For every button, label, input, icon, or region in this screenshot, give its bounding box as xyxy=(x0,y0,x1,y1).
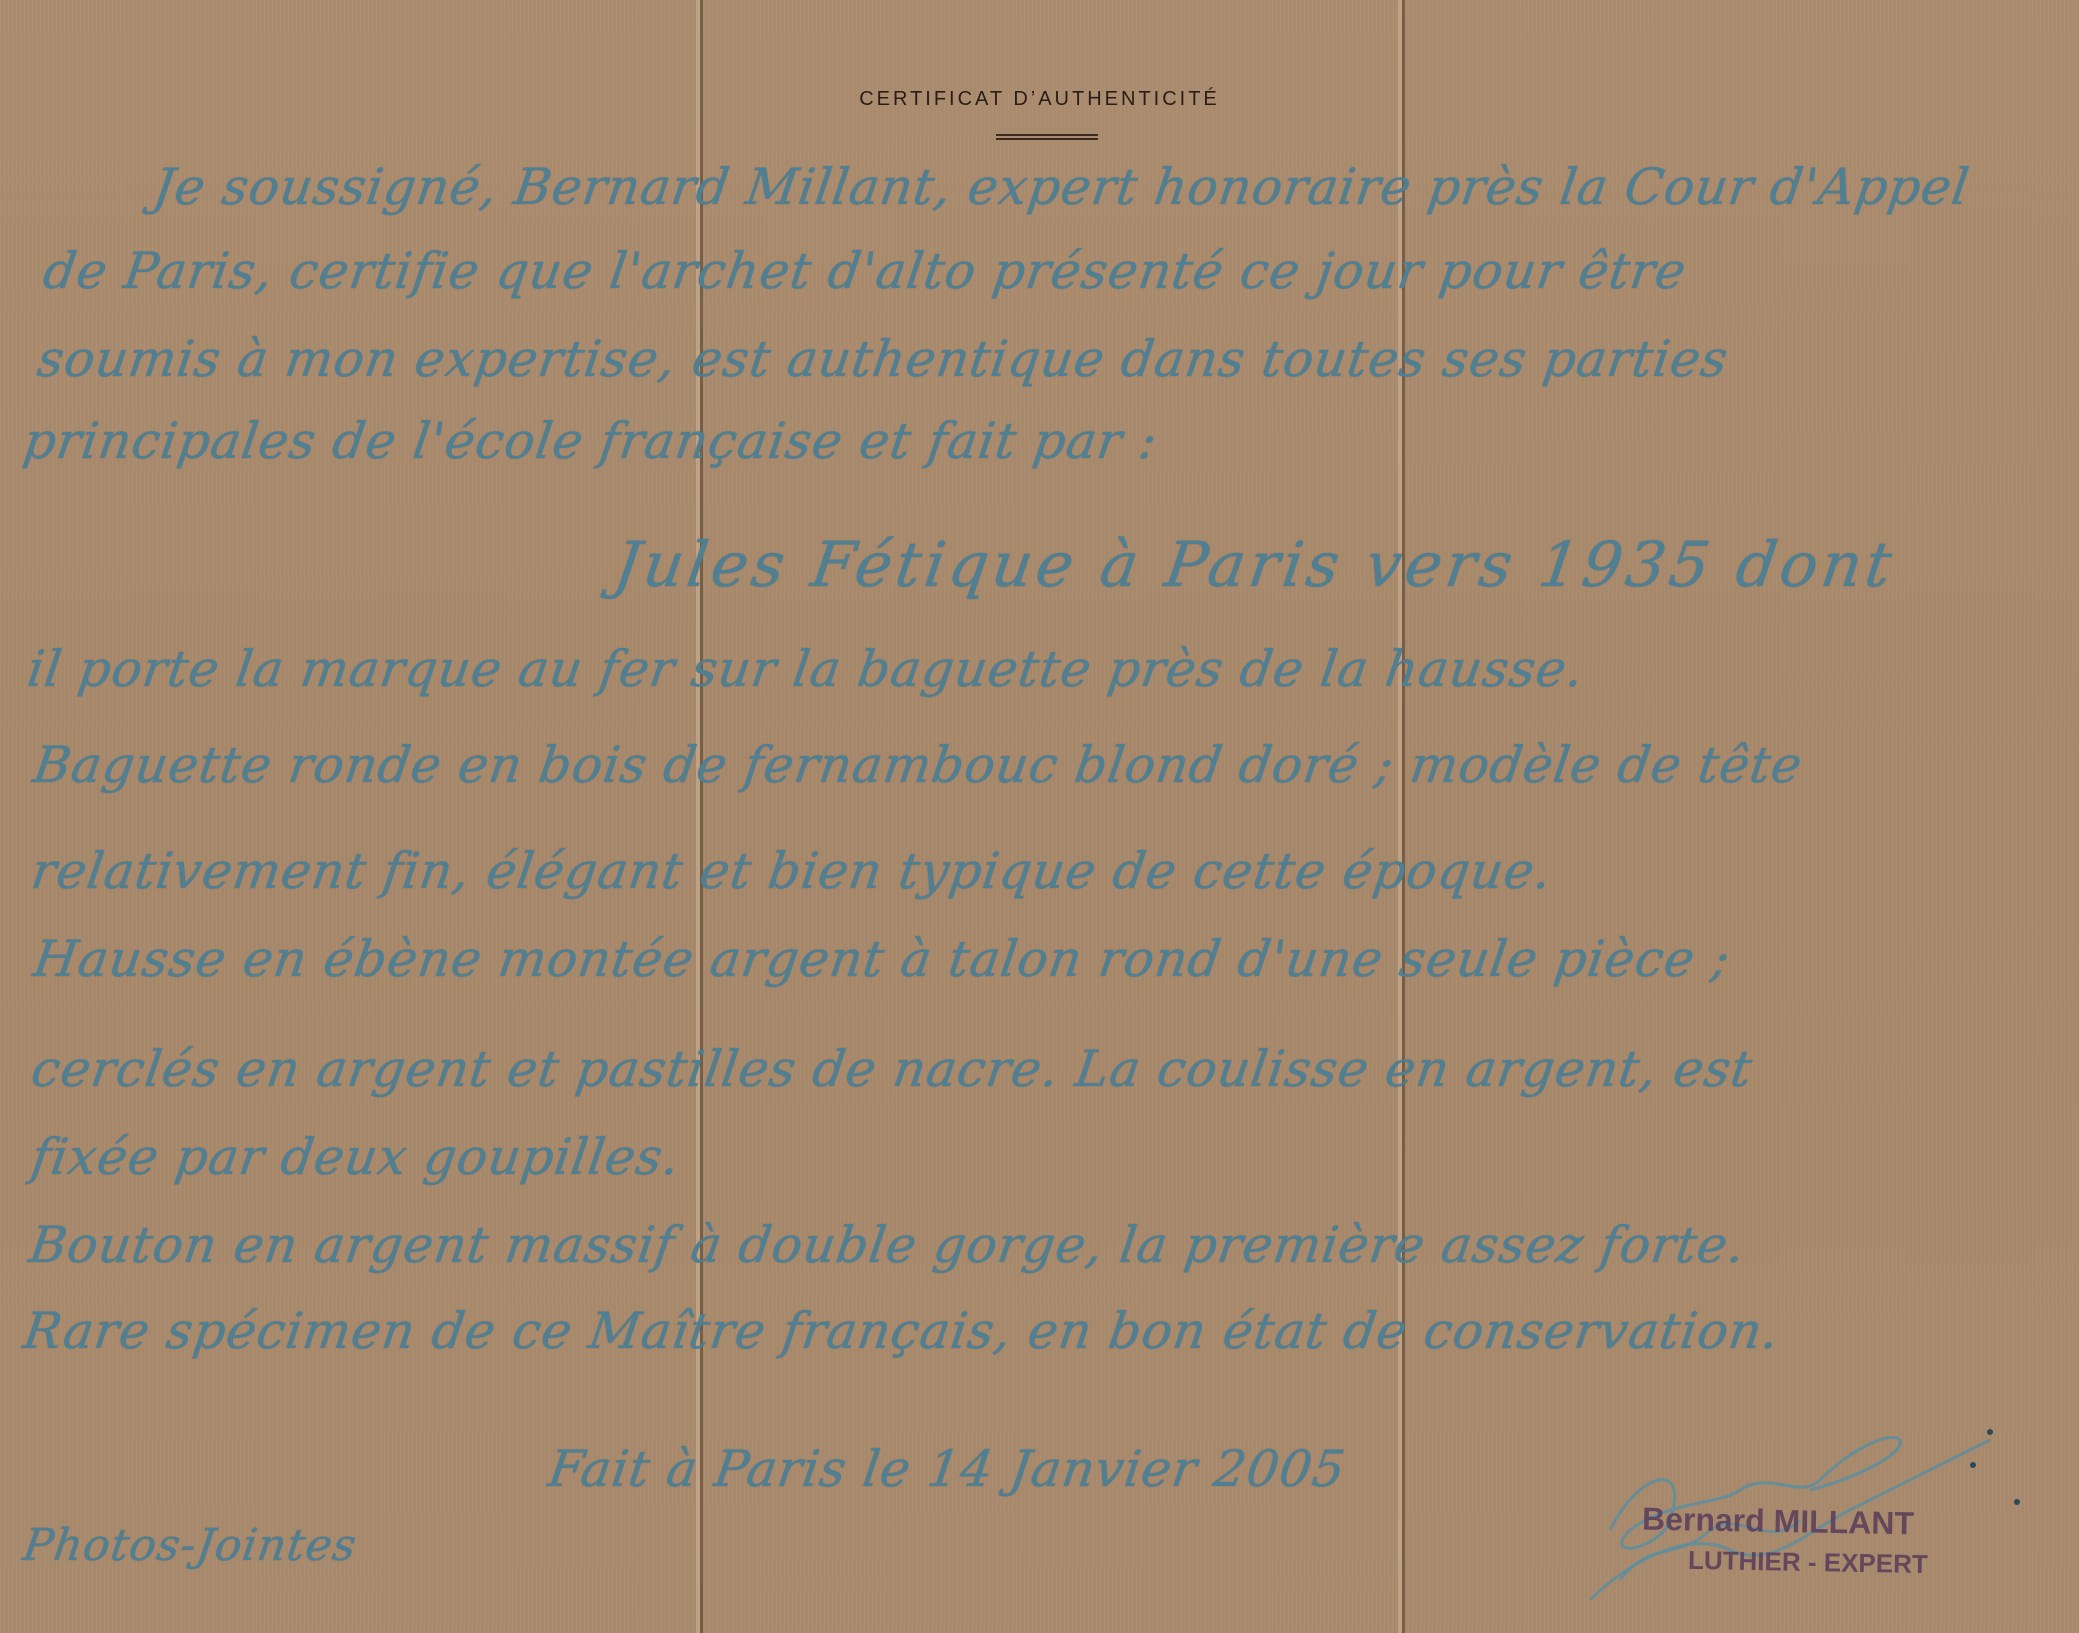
handwritten-line-9: Hausse en ébène montée argent à talon ro… xyxy=(30,930,1734,988)
handwritten-line-10: cerclés en argent et pastilles de nacre.… xyxy=(28,1040,1756,1098)
handwritten-line-12: Bouton en argent massif à double gorge, … xyxy=(26,1216,1749,1274)
handwritten-line-7: Baguette ronde en bois de fernambouc blo… xyxy=(30,736,1806,794)
handwritten-line-13: Rare spécimen de ce Maître français, en … xyxy=(20,1302,1783,1360)
handwritten-line-3: soumis à mon expertise, est authentique … xyxy=(34,330,1732,388)
certificate-title: CERTIFICAT D’AUTHENTICITÉ xyxy=(0,88,2079,111)
handwritten-line-6: il porte la marque au fer sur la baguett… xyxy=(24,640,1588,698)
handwritten-line-4: principales de l'école française et fait… xyxy=(20,412,1161,470)
photos-note: Photos-Jointes xyxy=(20,1520,360,1571)
handwritten-line-8: relativement fin, élégant et bien typiqu… xyxy=(28,842,1556,900)
handwritten-line-2: de Paris, certifie que l'archet d'alto p… xyxy=(40,242,1690,300)
stamp-name: Bernard MILLANT xyxy=(1642,1501,1915,1543)
stamp-title: LUTHIER - EXPERT xyxy=(1688,1545,1928,1580)
handwritten-line-1: Je soussigné, Bernard Millant, expert ho… xyxy=(150,158,1973,216)
handwritten-line-11: fixée par deux goupilles. xyxy=(28,1128,684,1186)
title-double-rule xyxy=(996,134,1098,140)
handwritten-maker-line: Jules Fétique à Paris vers 1935 dont xyxy=(610,528,1900,601)
place-and-date: Fait à Paris le 14 Janvier 2005 xyxy=(545,1440,1350,1498)
